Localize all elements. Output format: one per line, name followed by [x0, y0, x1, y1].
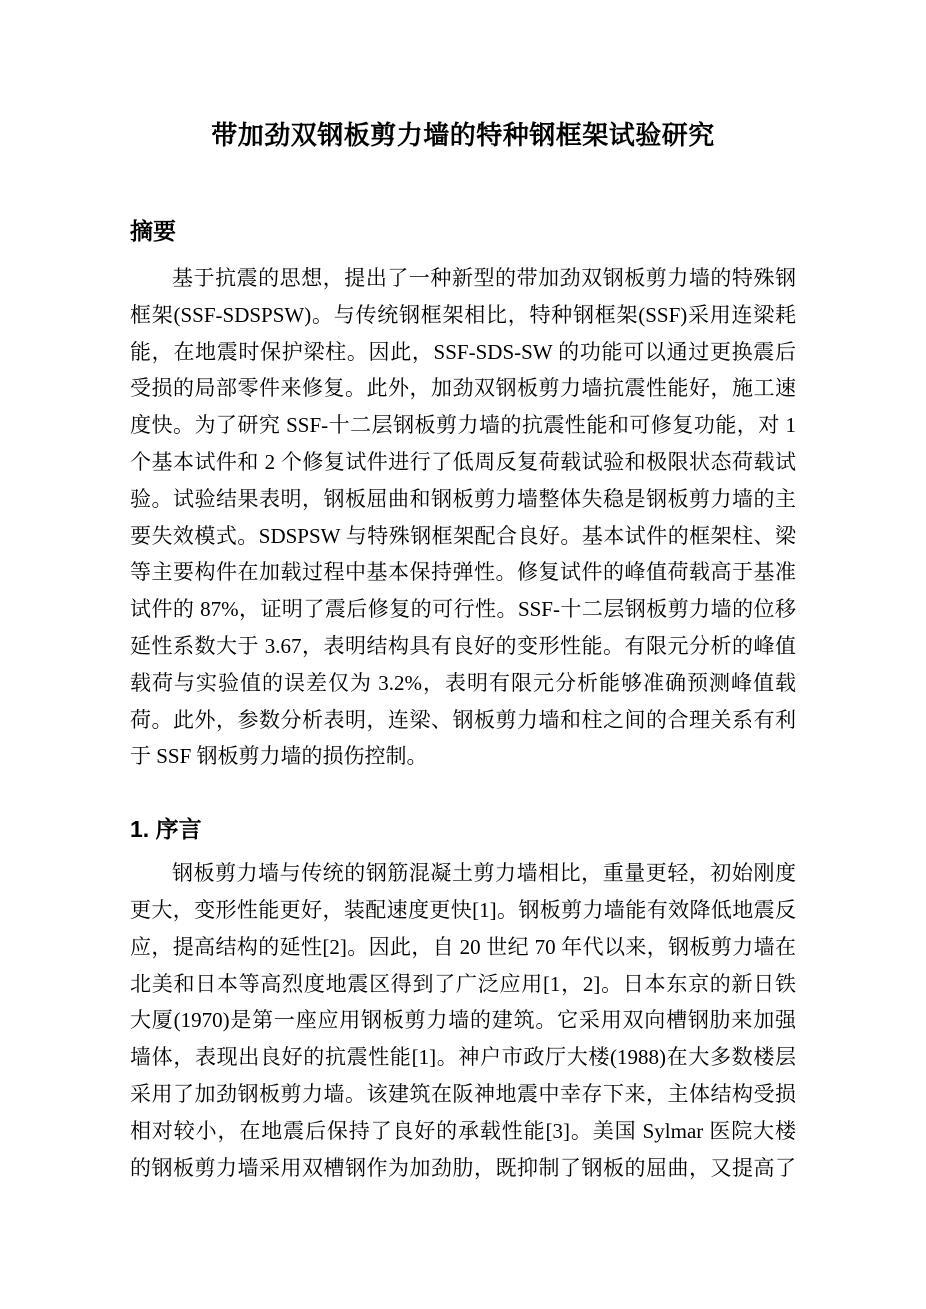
text-line: 基于抗震的思想，提出了一种新型的带加劲双钢板剪力墙的特殊钢: [130, 260, 796, 297]
text-line: 大厦(1970)是第一座应用钢板剪力墙的建筑。它采用双向槽钢肋来加强: [130, 1002, 796, 1039]
text-line: 试件的 87%，证明了震后修复的可行性。SSF-十二层钢板剪力墙的位移: [130, 591, 796, 628]
text-line: 要失效模式。SDSPSW 与特殊钢框架配合良好。基本试件的框架柱、梁: [130, 518, 796, 555]
text-line: 能，在地震时保护梁柱。因此，SSF-SDS-SW 的功能可以通过更换震后: [130, 334, 796, 371]
text-line: 受损的局部零件来修复。此外，加劲双钢板剪力墙抗震性能好，施工速: [130, 370, 796, 407]
text-line: 钢板剪力墙与传统的钢筋混凝土剪力墙相比，重量更轻，初始刚度: [130, 855, 796, 892]
introduction-paragraph: 钢板剪力墙与传统的钢筋混凝土剪力墙相比，重量更轻，初始刚度 更大，变形性能更好，…: [130, 855, 796, 1186]
text-line: 延性系数大于 3.67，表明结构具有良好的变形性能。有限元分析的峰值: [130, 628, 796, 665]
abstract-paragraph: 基于抗震的思想，提出了一种新型的带加劲双钢板剪力墙的特殊钢 框架(SSF-SDS…: [130, 260, 796, 775]
text-line: 于 SSF 钢板剪力墙的损伤控制。: [130, 738, 796, 775]
text-line: 北美和日本等高烈度地震区得到了广泛应用[1，2]。日本东京的新日铁: [130, 966, 796, 1003]
introduction-heading: 1. 序言: [130, 815, 796, 843]
text-line: 墙体，表现出良好的抗震性能[1]。神户市政厅大楼(1988)在大多数楼层: [130, 1039, 796, 1076]
abstract-heading: 摘要: [130, 217, 796, 245]
paper-title: 带加劲双钢板剪力墙的特种钢框架试验研究: [130, 115, 796, 155]
text-line: 个基本试件和 2 个修复试件进行了低周反复荷载试验和极限状态荷载试: [130, 444, 796, 481]
text-line: 等主要构件在加载过程中基本保持弹性。修复试件的峰值荷载高于基准: [130, 554, 796, 591]
text-line: 更大，变形性能更好，装配速度更快[1]。钢板剪力墙能有效降低地震反: [130, 892, 796, 929]
text-line: 框架(SSF-SDSPSW)。与传统钢框架相比，特种钢框架(SSF)采用连梁耗: [130, 297, 796, 334]
text-line: 的钢板剪力墙采用双槽钢作为加劲肋，既抑制了钢板的屈曲，又提高了: [130, 1150, 796, 1187]
text-line: 应，提高结构的延性[2]。因此，自 20 世纪 70 年代以来，钢板剪力墙在: [130, 929, 796, 966]
text-line: 荷。此外，参数分析表明，连梁、钢板剪力墙和柱之间的合理关系有利: [130, 702, 796, 739]
text-line: 相对较小，在地震后保持了良好的承载性能[3]。美国 Sylmar 医院大楼: [130, 1113, 796, 1150]
text-line: 度快。为了研究 SSF-十二层钢板剪力墙的抗震性能和可修复功能，对 1: [130, 407, 796, 444]
text-line: 采用了加劲钢板剪力墙。该建筑在阪神地震中幸存下来，主体结构受损: [130, 1076, 796, 1113]
text-line: 载荷与实验值的误差仅为 3.2%，表明有限元分析能够准确预测峰值载: [130, 665, 796, 702]
text-line: 验。试验结果表明，钢板屈曲和钢板剪力墙整体失稳是钢板剪力墙的主: [130, 481, 796, 518]
document-page: 带加劲双钢板剪力墙的特种钢框架试验研究 摘要 基于抗震的思想，提出了一种新型的带…: [0, 0, 926, 1309]
text-column: 带加劲双钢板剪力墙的特种钢框架试验研究 摘要 基于抗震的思想，提出了一种新型的带…: [130, 0, 796, 1186]
